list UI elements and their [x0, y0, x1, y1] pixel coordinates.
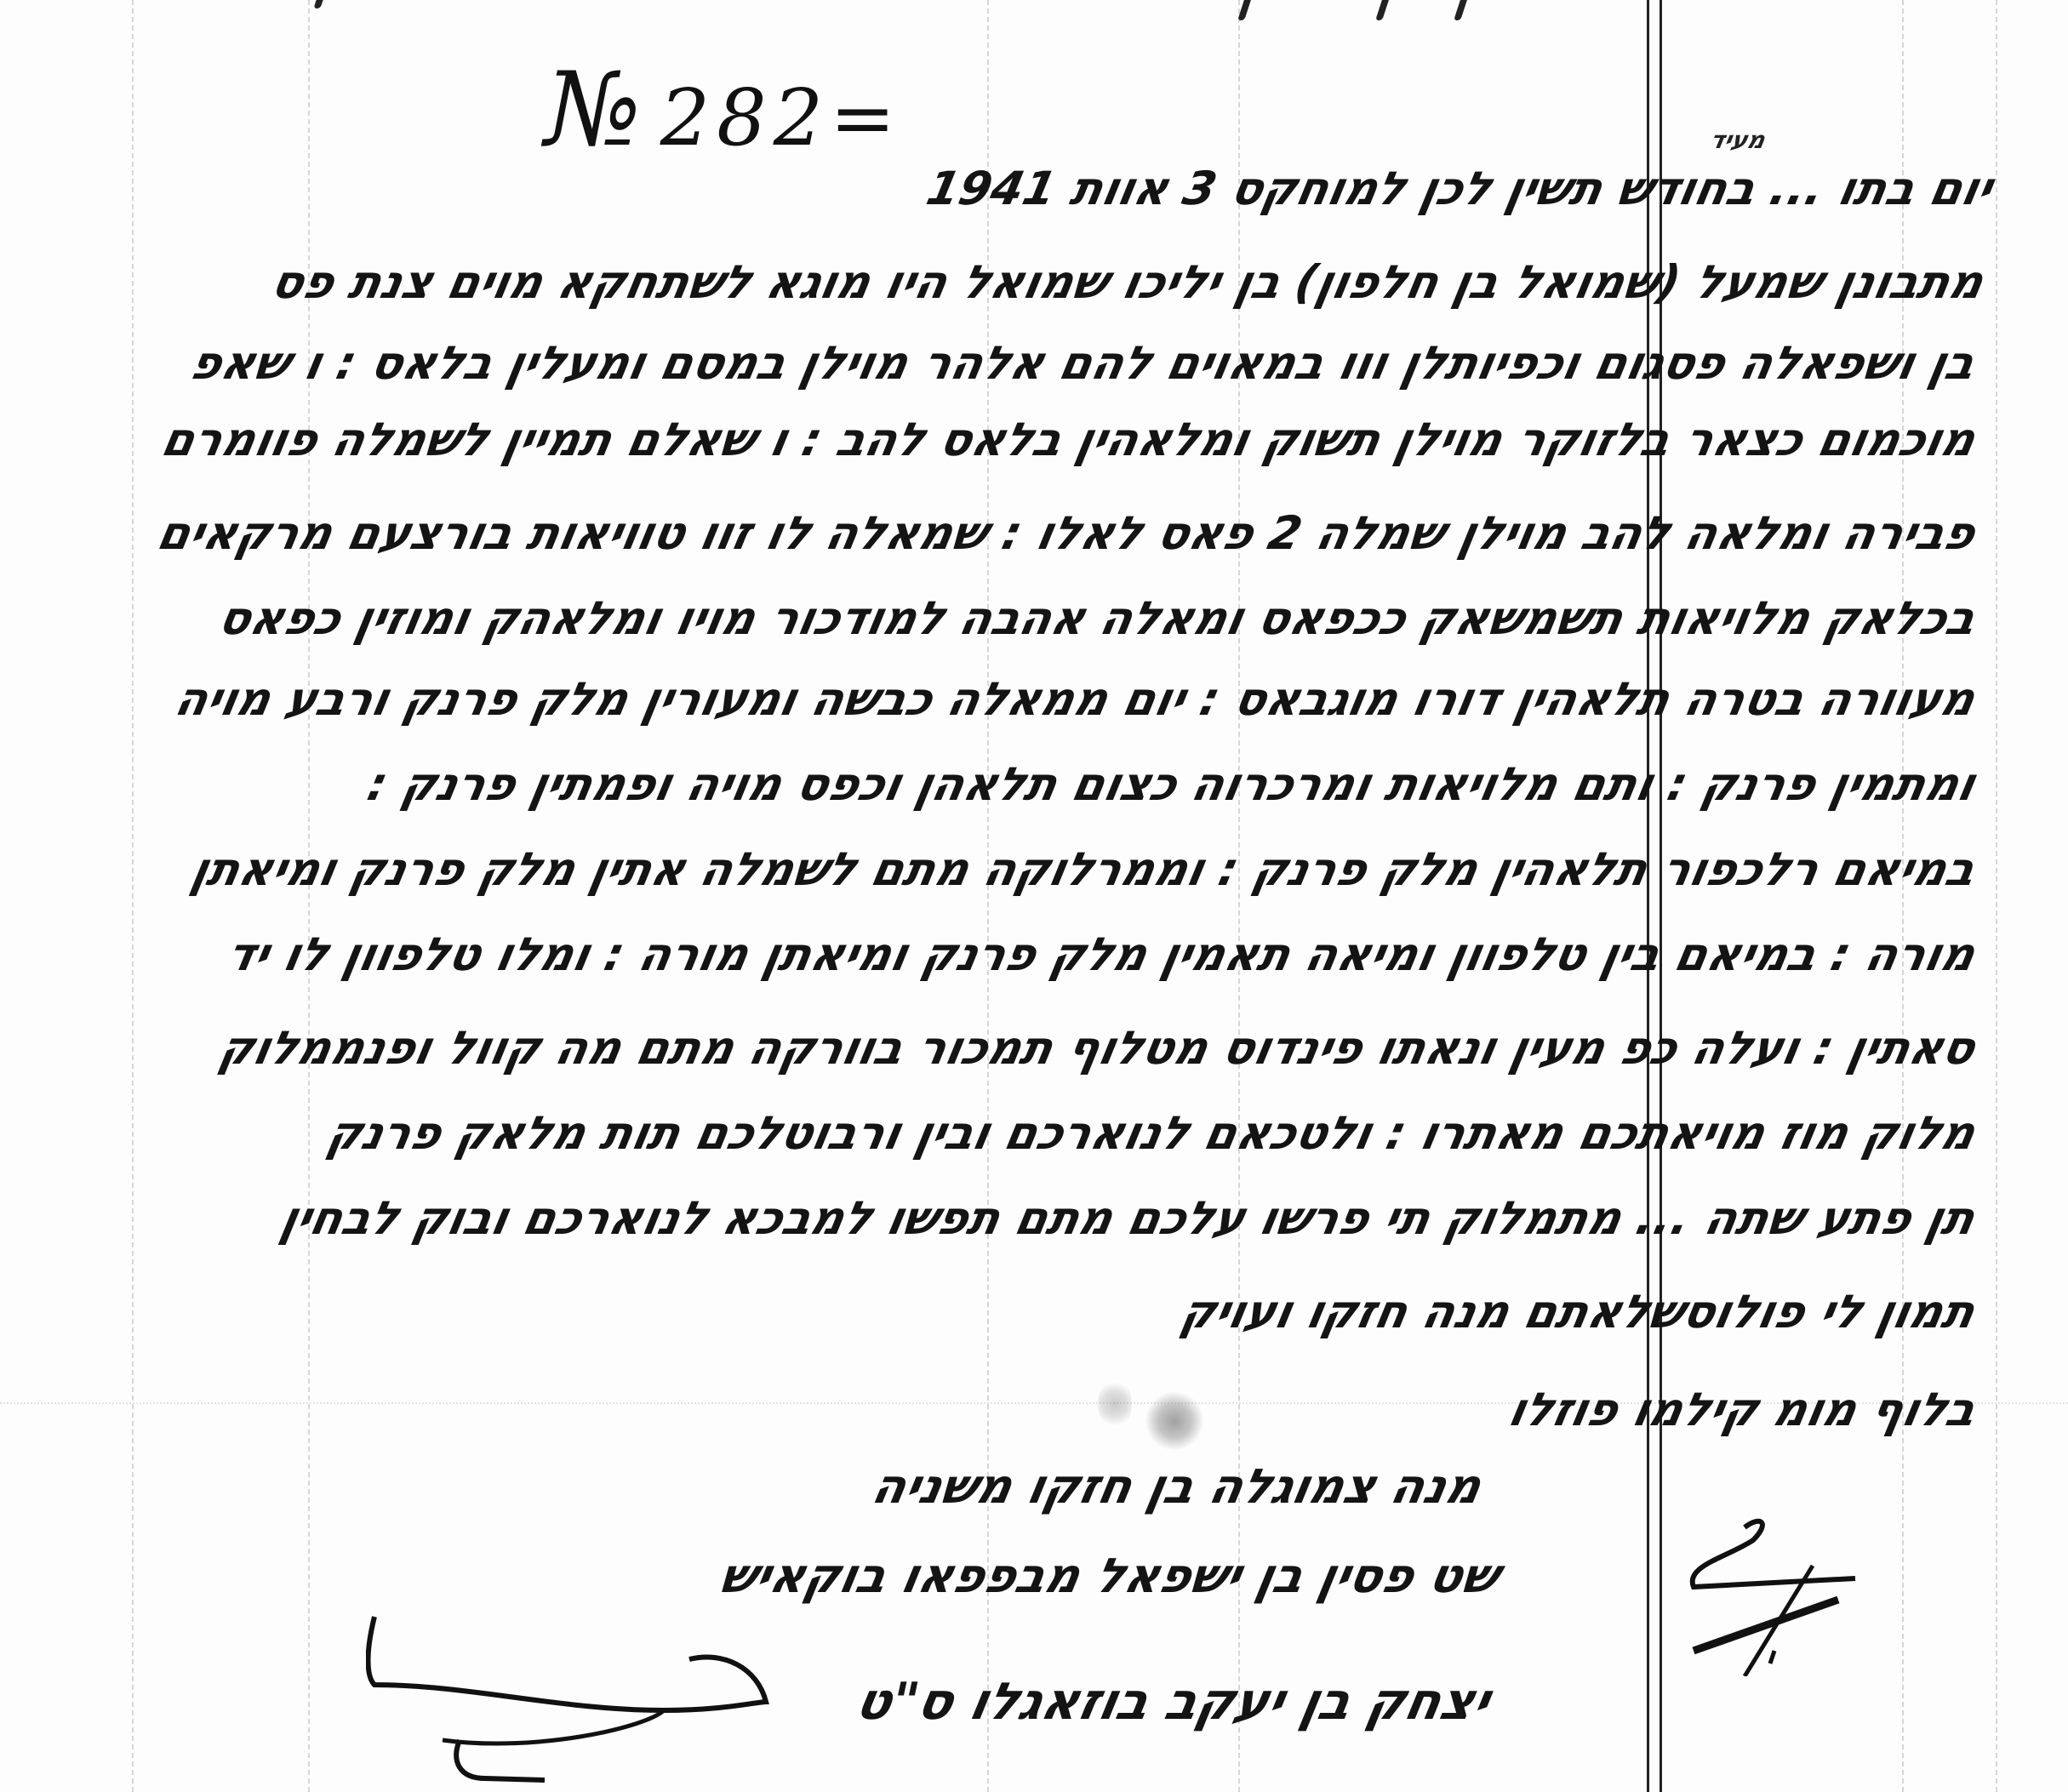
bracket-flourish [451, 1736, 553, 1787]
number-suffix: = [830, 72, 902, 163]
body-line-13: תן פתע שתה ... מתמלוק תי פרשו עלכם מתם ת… [276, 1191, 1979, 1245]
body-line-11: סאתין : ועלה כפ מעין ונאתו פינדוס מטלוף … [214, 1021, 1979, 1075]
ink-stroke [1454, 0, 1467, 20]
body-line-2: מתבונן שמעל (שמואל בן חלפון) בן יליכו שמ… [266, 255, 1988, 309]
body-line-8: ומתמין פרנק : ותם מלויאות ומרכרוה כצום ת… [363, 757, 1979, 811]
signature-underline-flourish [366, 1600, 877, 1753]
body-line-4: מוכמום כצאר בלזוקר מוילן תשוק ומלאהין בל… [157, 413, 1980, 466]
document-number: №282= [545, 51, 902, 169]
ink-smudge [1145, 1391, 1204, 1451]
ruled-line [1996, 0, 1997, 1792]
margin-note: מעיד [1707, 126, 1768, 154]
body-line-7: מעוורה בטרה תלאהין דורו מוגבאס : יום ממא… [170, 672, 1979, 726]
ruled-line [132, 0, 134, 1792]
body-line-12: מלוק מוז מויאתכם מאתרו : ולטכאם לנוארכם … [323, 1106, 1980, 1160]
right-signature-flourish [1685, 1506, 1906, 1676]
number-sign: № [545, 51, 648, 169]
body-line-10: מורה : במיאם בין טלפוון ומיאה תאמין מלק … [222, 927, 1979, 981]
ink-stroke [313, 0, 323, 9]
signature-2: שט פסין בן ישפאל מבפפאו בוקאיש [715, 1549, 1504, 1604]
document-page: №282= מעיד יום בתו ... בחודש תשין לכן למ… [0, 0, 2068, 1792]
body-line-3: בן ושפאלה פסגום וכפיותלן ווו במאוים להם … [186, 336, 1980, 390]
signature-3: יצחק בן יעקב בוזאגלו ס"ט [851, 1672, 1496, 1732]
body-line-6: בכלאק מלויאות תשמשאק ככפאס ומאלה אהבה למ… [214, 591, 1980, 645]
ink-stroke [1375, 0, 1389, 20]
number-value: 282 [660, 72, 831, 163]
body-line-9: במיאם רלכפור תלאהין מלק פרנק : וממרלוקה … [186, 842, 1979, 896]
ink-smudge [1098, 1378, 1132, 1430]
body-line-14: תמון לי פולוסשלאתם מנה חזקו ועויק [1176, 1285, 1979, 1338]
body-line-15: בלוף מומ קילמו פוזלו [1504, 1383, 1980, 1436]
body-line-5: פבירה ומלאה להב מוילן שמלה 2 פאס לאלו : … [152, 506, 1980, 560]
body-line-1: יום בתו ... בחודש תשין לכן למוחקס 3 אוות… [922, 162, 1997, 215]
signature-1: מנה צמוגלה בן חזקו משניה [868, 1459, 1487, 1515]
